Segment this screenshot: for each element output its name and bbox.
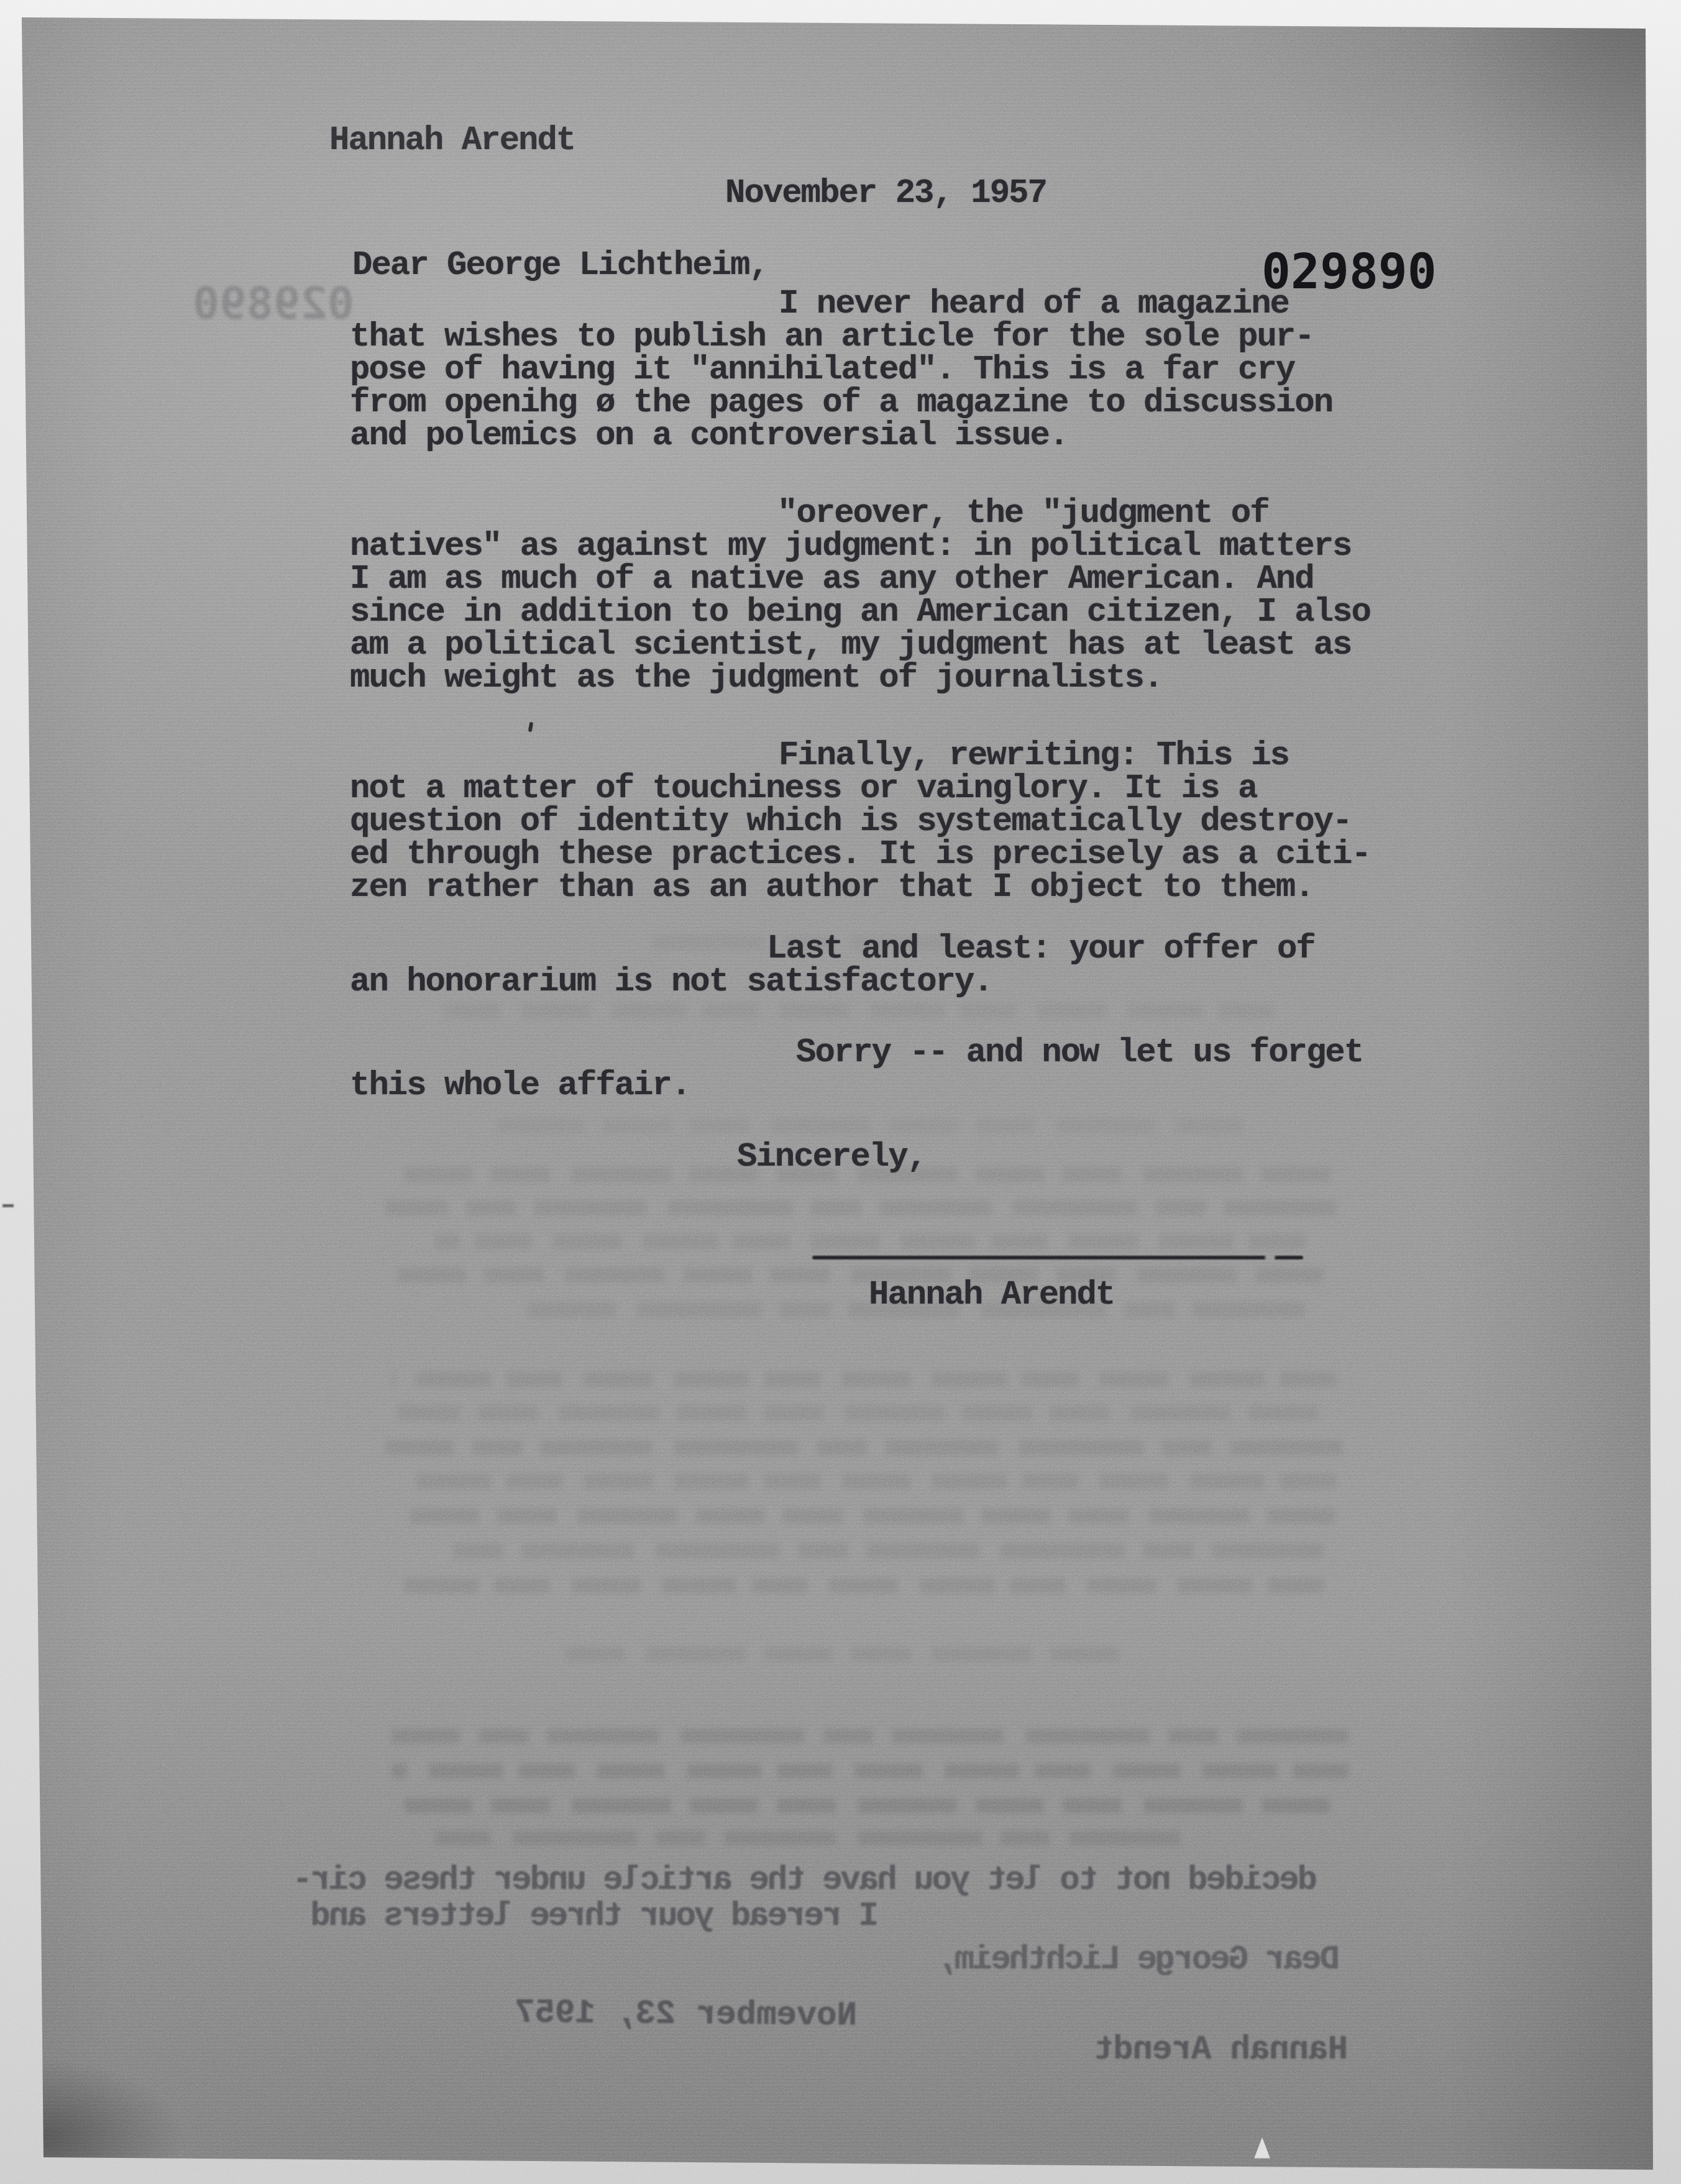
- paragraph-3: Finally, rewriting: This is not a matter…: [350, 739, 1370, 904]
- bleed-smudge: [435, 1830, 1181, 1845]
- bleed-smudge: [392, 1372, 1336, 1387]
- mirrored-line: Hannah Arendt: [1094, 2034, 1348, 2067]
- bleed-smudge: [398, 1798, 1330, 1813]
- paragraph-1: I never heard of a magazine that wishes …: [350, 288, 1332, 452]
- bleed-smudge: [398, 1405, 1317, 1420]
- signature-line: [812, 1256, 1303, 1259]
- bleed-smudge: [435, 1543, 1324, 1558]
- salutation: Dear George Lichtheim,: [352, 249, 768, 282]
- bleed-smudge: [392, 1268, 1324, 1282]
- paragraph-5: Sorry -- and now let us forget this whol…: [350, 1036, 1363, 1102]
- bleed-smudge: [497, 1118, 1243, 1133]
- paragraph-2: "oreover, the "judgment of natives" as a…: [350, 497, 1370, 695]
- bleed-smudge: [528, 1302, 1305, 1317]
- mirrored-line: Dear George Lichtheim,: [902, 1944, 1340, 1976]
- mirrored-line: November 23, 1957: [496, 1996, 857, 2032]
- sender-name: Hannah Arendt: [329, 124, 575, 157]
- bleed-smudge: [392, 1509, 1336, 1524]
- mirrored-line: I reread your three letters and: [307, 1900, 879, 1933]
- bleed-smudge: [398, 1167, 1330, 1182]
- bleed-smudge: [435, 1234, 1305, 1249]
- bleed-smudge: [385, 1440, 1342, 1455]
- bleed-smudge: [435, 1003, 1274, 1018]
- bleed-smudge: [392, 1578, 1324, 1593]
- bleed-smudge: [653, 935, 963, 950]
- edge-mark: [2, 1204, 14, 1207]
- mirrored-line: decided not to let you have the article …: [267, 1864, 1317, 1897]
- bleed-smudge: [559, 1647, 1119, 1661]
- bleed-smudge: [392, 1729, 1349, 1743]
- mirrored-archive-stamp: 029890: [186, 281, 354, 326]
- bleed-smudge: [392, 1763, 1349, 1778]
- scanned-letter-photo: Hannah Arendt November 23, 1957 Dear Geo…: [0, 0, 1681, 2184]
- bleed-smudge: [404, 1474, 1336, 1489]
- bleed-smudge: [385, 1200, 1336, 1215]
- date-line: November 23, 1957: [725, 177, 1047, 210]
